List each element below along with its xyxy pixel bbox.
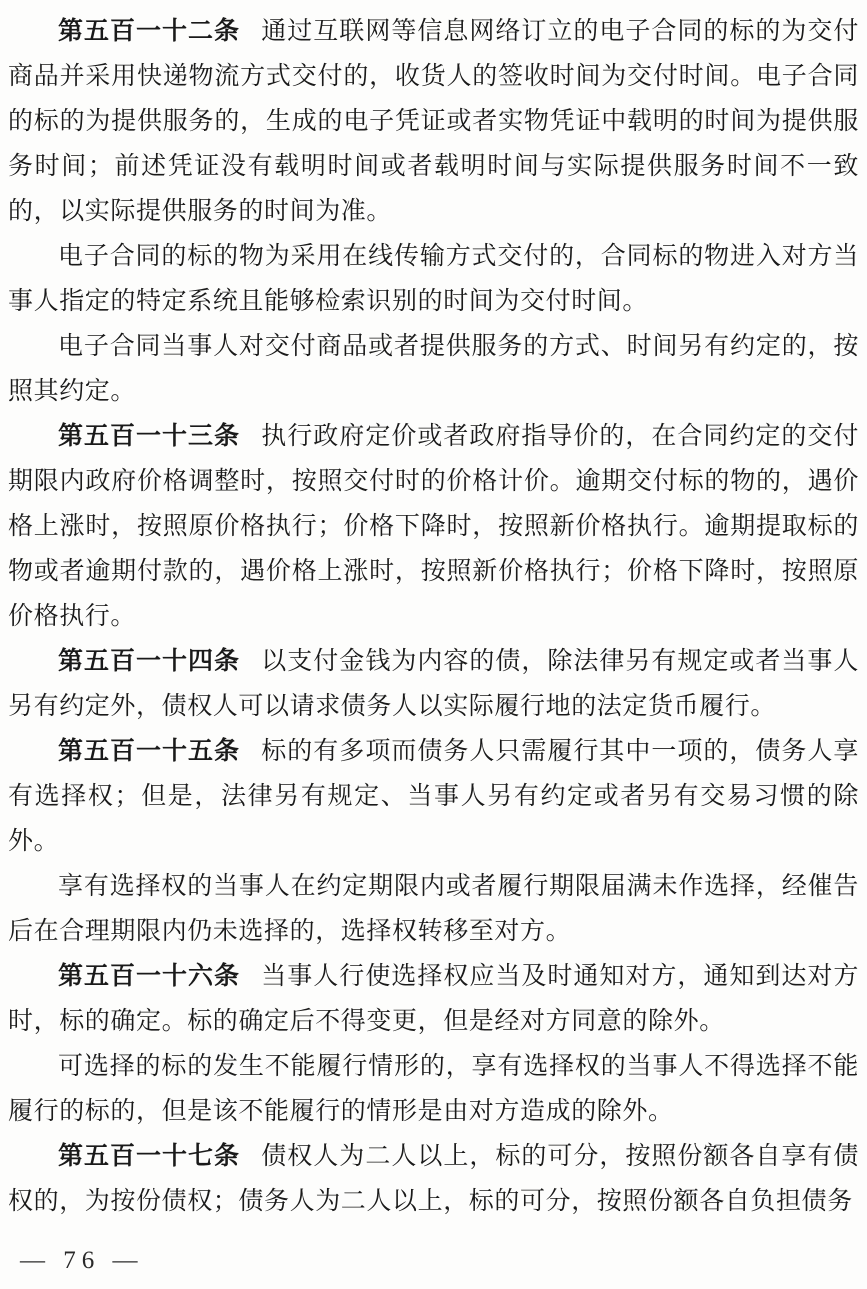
article-512-text: 通过互联网等信息网络订立的电子合同的标的为交付商品并采用快递物流方式交付的，收货… [8,18,859,225]
paragraph-article-513: 第五百一十三条执行政府定价或者政府指导价的，在合同约定的交付期限内政府价格调整时… [8,414,859,639]
article-513-number: 第五百一十三条 [58,422,240,450]
paragraph-article-516: 第五百一十六条当事人行使选择权应当及时通知对方，通知到达对方时，标的确定。标的确… [8,954,859,1044]
article-512-clause-3-text: 电子合同当事人对交付商品或者提供服务的方式、时间另有约定的，按照其约定。 [8,333,859,405]
paragraph-article-515-clause-2: 享有选择权的当事人在约定期限内或者履行期限届满未作选择，经催告后在合理期限内仍未… [8,864,859,954]
article-515-clause-2-text: 享有选择权的当事人在约定期限内或者履行期限届满未作选择，经催告后在合理期限内仍未… [8,873,859,945]
document-page: 第五百一十二条通过互联网等信息网络订立的电子合同的标的为交付商品并采用快递物流方… [0,0,867,1224]
paragraph-article-514: 第五百一十四条以支付金钱为内容的债，除法律另有规定或者当事人另有约定外，债权人可… [8,639,859,729]
paragraph-article-512-clause-3: 电子合同当事人对交付商品或者提供服务的方式、时间另有约定的，按照其约定。 [8,324,859,414]
article-516-number: 第五百一十六条 [58,962,240,990]
article-512-number: 第五百一十二条 [58,17,240,45]
article-515-number: 第五百一十五条 [58,737,240,765]
article-512-clause-2-text: 电子合同的标的物为采用在线传输方式交付的，合同标的物进入对方当事人指定的特定系统… [8,243,859,315]
article-516-clause-2-text: 可选择的标的发生不能履行情形的，享有选择权的当事人不得选择不能履行的标的，但是该… [8,1053,859,1125]
paragraph-article-512-clause-2: 电子合同的标的物为采用在线传输方式交付的，合同标的物进入对方当事人指定的特定系统… [8,234,859,324]
article-517-number: 第五百一十七条 [58,1142,240,1170]
paragraph-article-517: 第五百一十七条债权人为二人以上，标的可分，按照份额各自享有债权的，为按份债权；债… [8,1134,859,1224]
paragraph-article-512: 第五百一十二条通过互联网等信息网络订立的电子合同的标的为交付商品并采用快递物流方… [8,9,859,234]
article-513-text: 执行政府定价或者政府指导价的，在合同约定的交付期限内政府价格调整时，按照交付时的… [8,423,859,630]
paragraph-article-516-clause-2: 可选择的标的发生不能履行情形的，享有选择权的当事人不得选择不能履行的标的，但是该… [8,1044,859,1134]
paragraph-article-515: 第五百一十五条标的有多项而债务人只需履行其中一项的，债务人享有选择权；但是，法律… [8,729,859,864]
article-514-number: 第五百一十四条 [58,647,240,675]
page-number: — 76 — [20,1247,144,1275]
